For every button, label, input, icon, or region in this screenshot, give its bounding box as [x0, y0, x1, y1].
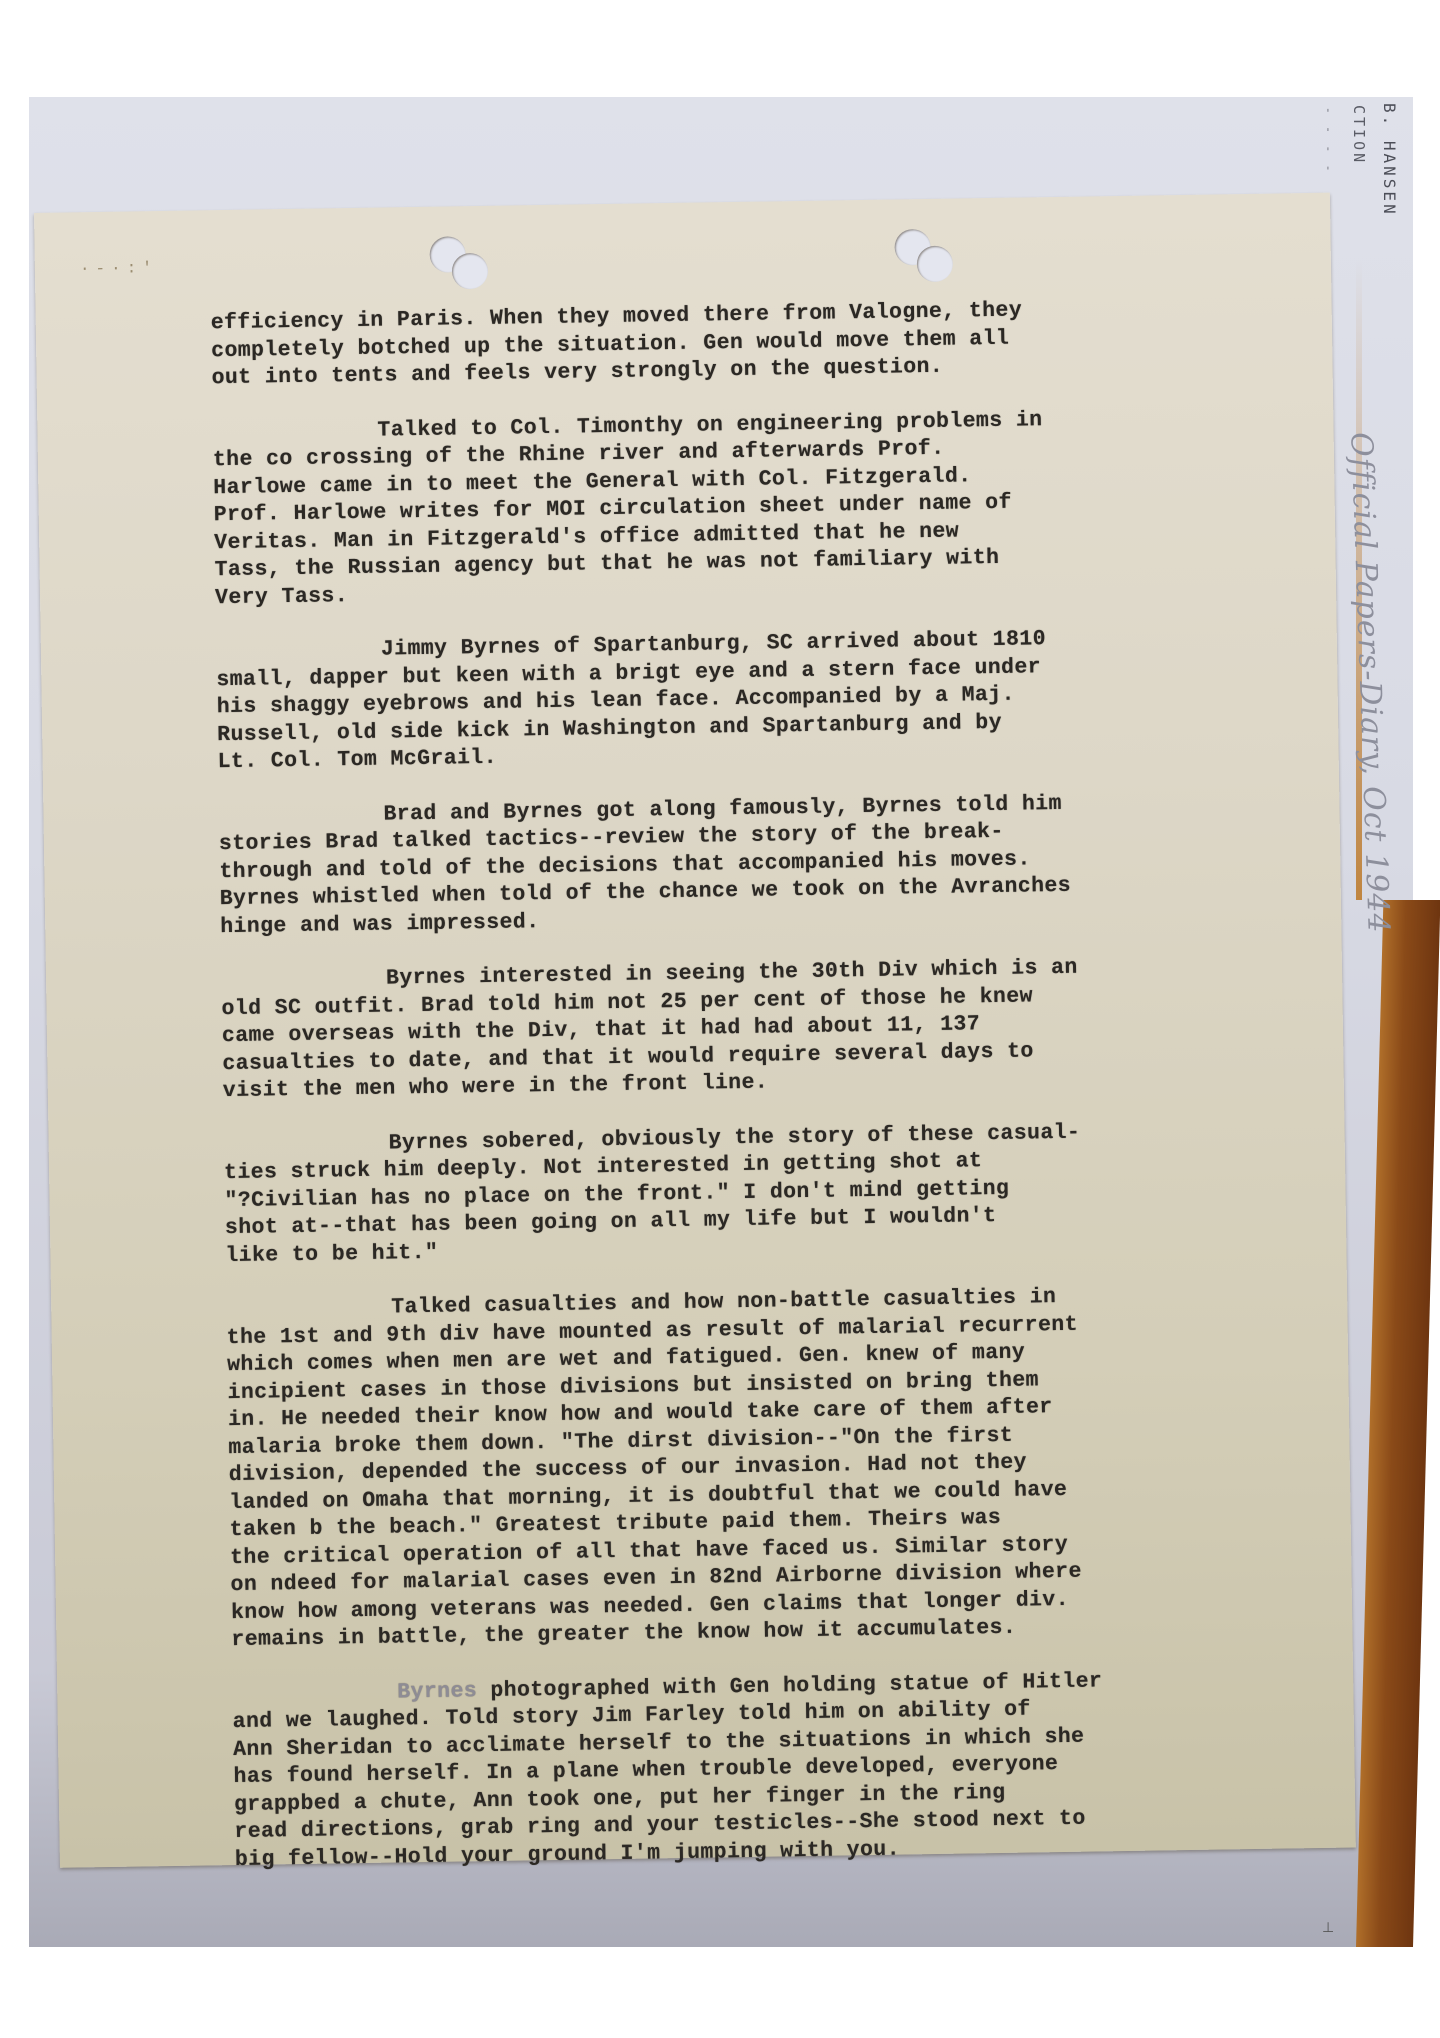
paragraph-indent: [221, 984, 386, 987]
paragraph-indent: [226, 1313, 391, 1316]
paragraph: Talked to Col. Timonthy on engineering p…: [212, 403, 1255, 612]
paragraph: Jimmy Byrnes of Spartanburg, SC arrived …: [216, 623, 1258, 777]
faded-text: Byrnes: [397, 1679, 477, 1704]
paragraph: Byrnes sobered, obviously the story of t…: [223, 1116, 1265, 1270]
paragraph: Byrnes interested in seeing the 30th Div…: [221, 952, 1263, 1106]
paragraph-text: photographed with Gen holding statue of …: [233, 1669, 1103, 1872]
punch-hole-icon: [917, 246, 954, 283]
paragraph-text: Talked casualties and how non-battle cas…: [226, 1285, 1082, 1652]
typed-page: ·-·:' efficiency in Paris. When they mov…: [34, 193, 1356, 1868]
paragraph-text: efficiency in Paris. When they moved the…: [211, 298, 1023, 390]
paragraph-indent: [213, 435, 378, 438]
paragraph-text: Talked to Col. Timonthy on engineering p…: [213, 408, 1043, 610]
paragraph: Talked casualties and how non-battle cas…: [226, 1281, 1271, 1655]
paragraph-indent: [216, 655, 381, 658]
paragraph-text: Byrnes interested in seeing the 30th Div…: [221, 956, 1078, 1103]
folder-label-subtext: - - - -: [1322, 107, 1335, 174]
paragraph-indent: [224, 1148, 389, 1151]
margin-mark: ⊥: [1322, 1920, 1334, 1936]
folder-label-section: CTION: [1350, 105, 1368, 165]
paragraph-text: Byrnes sobered, obviously the story of t…: [224, 1120, 1081, 1267]
page-body: efficiency in Paris. When they moved the…: [211, 294, 1276, 1901]
paper-stain: ·-·:': [80, 259, 158, 278]
punch-hole-icon: [452, 253, 489, 290]
paragraph-text: Jimmy Byrnes of Spartanburg, SC arrived …: [216, 627, 1046, 774]
paragraph: efficiency in Paris. When they moved the…: [211, 294, 1252, 393]
paragraph-indent: [232, 1697, 397, 1700]
paragraph-text: Brad and Byrnes got along famously, Byrn…: [219, 791, 1071, 938]
folder-label-name: B. HANSEN: [1380, 103, 1399, 217]
paragraph: Byrnes photographed with Gen holding sta…: [232, 1665, 1275, 1874]
paragraph-indent: [219, 819, 384, 822]
paragraph: Brad and Byrnes got along famously, Byrn…: [218, 787, 1260, 941]
